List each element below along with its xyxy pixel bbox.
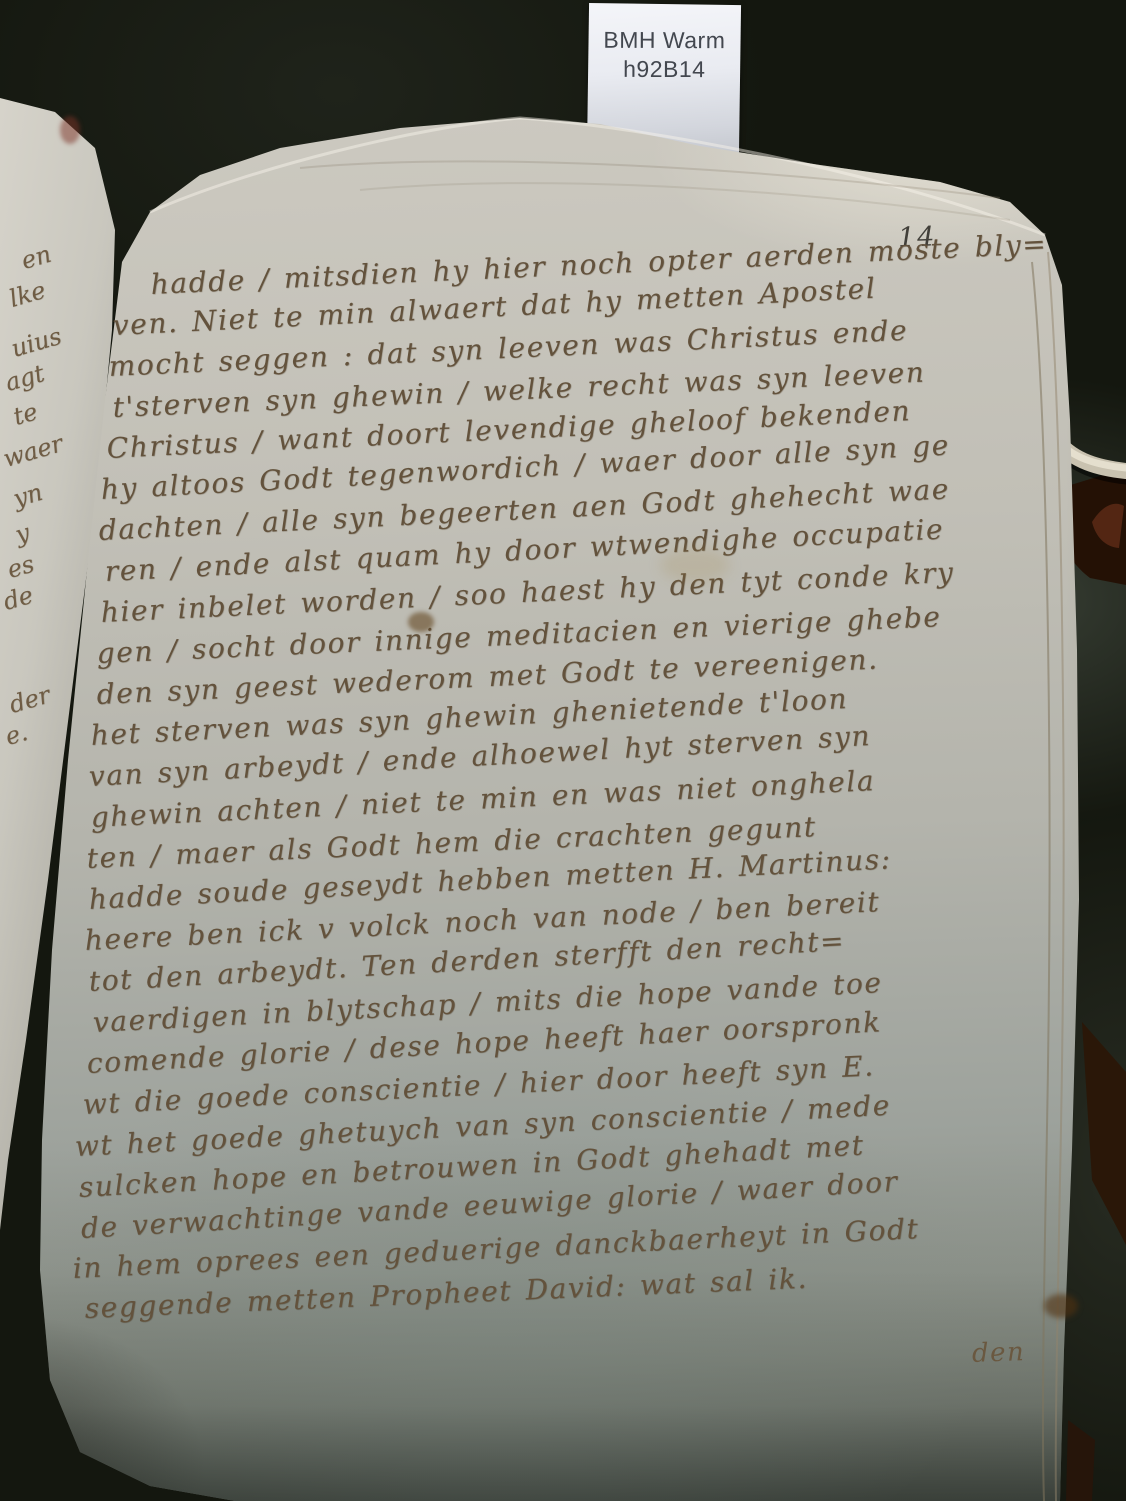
shelfmark-line1: BMH Warm bbox=[588, 26, 740, 56]
shelfmark-text: BMH Warm h92B14 bbox=[588, 26, 740, 85]
leather-fragment-bottom-2 bbox=[1066, 1420, 1095, 1501]
leather-fragment-bottom bbox=[1082, 1022, 1126, 1245]
shelfmark-line2: h92B14 bbox=[588, 55, 740, 85]
photo-canvas: BMH Warm h92B14 enlkeuiusagttewaerynyesd… bbox=[0, 0, 1126, 1501]
leather-fragment-top-accent bbox=[1092, 504, 1124, 548]
catchword: den bbox=[971, 1337, 1025, 1369]
